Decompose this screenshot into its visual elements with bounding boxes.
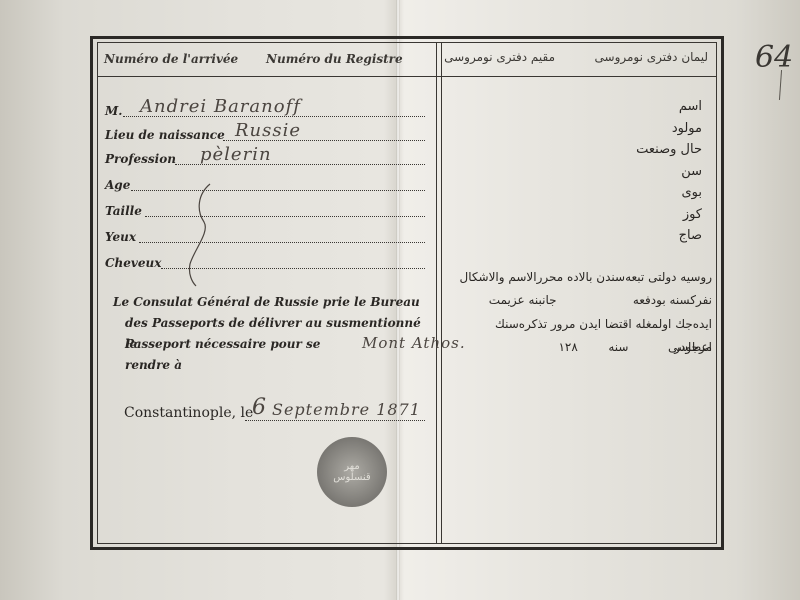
ar-request-line-1: روسيه دولتی تبعه‌سندن بالاده محررالاسم و… — [452, 266, 712, 289]
register-number-label-ar: ليمان دفتری نومروسی — [595, 50, 708, 64]
arrival-number-label-ar: مقيم دفتری نومروسی — [444, 50, 555, 64]
arrival-number-label: Numéro de l'arrivée — [104, 52, 238, 66]
field-hair: Cheveux — [105, 252, 425, 272]
margin-number: 64 — [755, 40, 793, 75]
field-profession-value: pèlerin — [200, 144, 272, 165]
field-profession-label: Profession — [105, 152, 176, 166]
field-age: Age — [105, 174, 425, 194]
handwritten-squiggle — [180, 180, 230, 290]
field-birthplace-value: Russie — [235, 120, 301, 141]
field-age-line — [131, 190, 425, 191]
request-line-1: Le Consulat Général de Russie prie le Bu… — [113, 292, 433, 313]
ar-label-age: سن — [636, 161, 702, 183]
ar-request-line-4: مرجودر سنه ۱۲۸ — [452, 336, 712, 359]
field-age-label: Age — [105, 178, 130, 192]
seal-text: مهر قنسلوس — [324, 461, 380, 483]
field-height-label: Taille — [105, 204, 142, 218]
field-eyes: Yeux — [105, 226, 425, 246]
ar-label-eyes: كوز — [636, 204, 702, 226]
header-rule — [97, 76, 717, 77]
ar-label-profession: حال وصنعت — [636, 139, 702, 161]
date-month-year-value: Septembre 1871 — [272, 400, 421, 419]
date-day-value: 6 — [252, 395, 267, 420]
field-hair-label: Cheveux — [105, 256, 161, 270]
field-name-label: M. — [105, 104, 122, 118]
official-seal: مهر قنسلوس — [317, 437, 387, 507]
field-height: Taille — [105, 200, 425, 220]
request-line-3: Passeport nécessaire pour se rendre à — [125, 334, 365, 376]
register-number-label: Numéro du Registre — [266, 52, 403, 66]
destination-value: Mont Athos. — [362, 334, 466, 352]
ar-label-hair: صاج — [636, 225, 702, 247]
ar-request-line-2: نفركسنه بودفعه جانبنه عزيمت — [452, 289, 712, 312]
ar-label-height: بوی — [636, 182, 702, 204]
ar-label-name: اسم — [636, 96, 702, 118]
ar-label-birthplace: مولود — [636, 118, 702, 140]
field-birthplace-label: Lieu de naissance — [105, 128, 225, 142]
field-eyes-label: Yeux — [105, 230, 136, 244]
column-divider — [436, 42, 442, 544]
date-line — [245, 420, 425, 421]
place-label: Constantinople, le — [124, 405, 253, 421]
field-name-value: Andrei Baranoff — [140, 96, 301, 117]
ottoman-field-labels: اسم مولود حال وصنعت سن بوی كوز صاج — [636, 96, 702, 247]
